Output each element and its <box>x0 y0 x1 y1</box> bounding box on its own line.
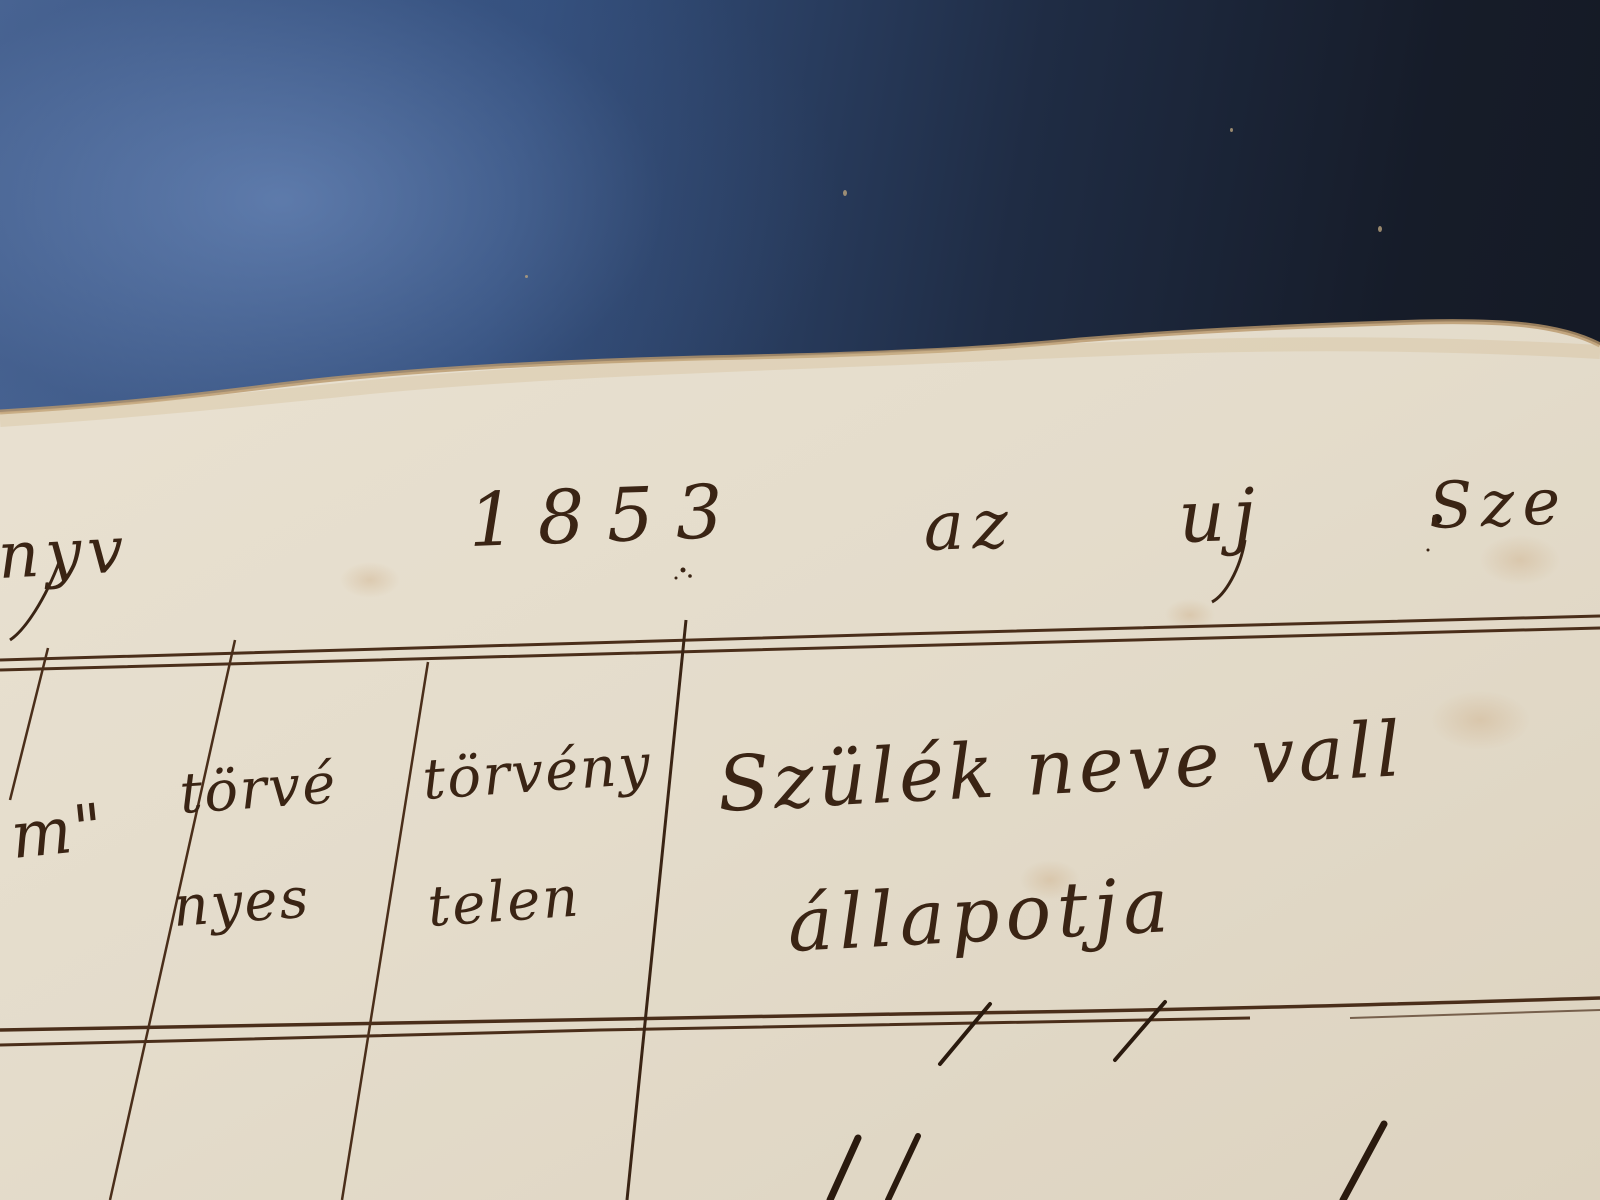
header-fragment-left: nyv <box>0 513 131 594</box>
column-header-torvenyes-line2: nyes <box>170 866 312 940</box>
header-word-az: az <box>922 485 1017 567</box>
register-page-graphics <box>0 0 1600 1200</box>
header-year: 1853 <box>467 468 746 564</box>
column-header-torvenyes-line1: törvé <box>177 751 339 827</box>
column-header-mark: m" <box>7 791 108 874</box>
header-word-uj: uj <box>1177 472 1265 559</box>
register-page <box>0 0 1600 1200</box>
document-photo: nyv 1853 az uj Sze m" törvé nyes törvény… <box>0 0 1600 1200</box>
header-fragment-right: Sze <box>1427 465 1569 544</box>
column-header-torvenytelen-line2: telen <box>425 865 582 940</box>
